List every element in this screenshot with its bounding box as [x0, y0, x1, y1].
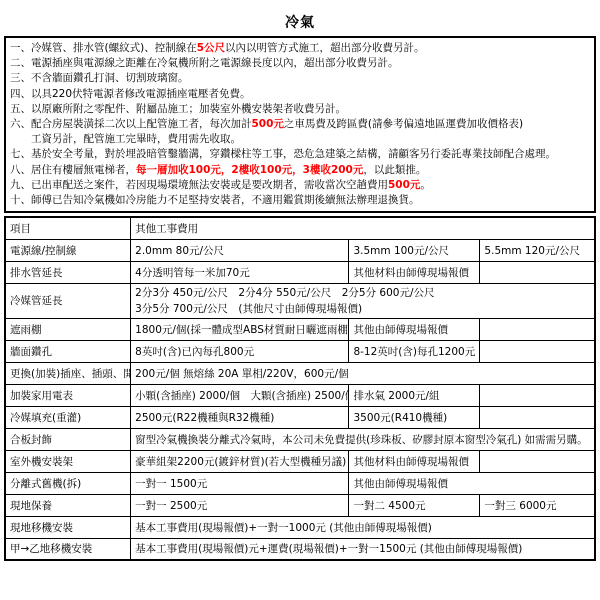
note-highlight: 每一層加收100元，2樓收100元，3樓收200元: [136, 164, 363, 176]
cell-price: 其他材料由師傅現場報價: [349, 450, 480, 472]
cell-price: 排水氣 2000元/組: [349, 384, 480, 406]
note-line-7: 七、基於安全考量，對於埋設暗管鑿牆溝，穿鑽樑柱等工事，恐危急建築之結構，請顧客另…: [10, 147, 590, 162]
note-line-1: 一、冷媒管、排水管(螺紋式)、控制線在5公尺以內以明管方式施工，超出部分收費另計…: [10, 41, 590, 56]
table-row: 分離式舊機(拆) 一對一 1500元 其他由師傅現場報價: [5, 472, 595, 494]
terms-notes-box: 一、冷媒管、排水管(螺紋式)、控制線在5公尺以內以明管方式施工，超出部分收費另計…: [4, 36, 596, 213]
note-line-8: 八、居住有樓層無電梯者，每一層加收100元，2樓收100元，3樓收200元，以此…: [10, 163, 590, 178]
table-row: 室外機安裝架 豪華組架2200元(鍍鋅材質)(若大型機種另議) 其他材料由師傅現…: [5, 450, 595, 472]
note-text: ，以此類推。: [363, 164, 426, 176]
row-label: 冷媒填充(重灌): [5, 406, 131, 428]
cell-empty: [480, 384, 595, 406]
note-highlight: 5公尺: [197, 42, 225, 54]
note-text: 六、配合房屋裝潢採二次以上配管施工者，每次加計: [10, 118, 252, 130]
note-highlight: 500元: [388, 179, 420, 191]
row-label: 分離式舊機(拆): [5, 472, 131, 494]
cell-price: 豪華組架2200元(鍍鋅材質)(若大型機種另議): [131, 450, 349, 472]
cell-price: 5.5mm 120元/公尺: [480, 239, 595, 261]
note-text: 二、電源插座與電源線之距離在冷氣機所附之電源線長度以內，超出部分收費另計。: [10, 57, 399, 69]
note-text: 以內以明管方式施工，超出部分收費另計。: [225, 42, 425, 54]
row-label: 遮雨棚: [5, 318, 131, 340]
row-label: 現地保養: [5, 494, 131, 516]
cell-price-line: 2分3分 450元/公尺 2分4分 550元/公尺 2分5分 600元/公尺: [135, 285, 590, 301]
cell-price: 一對一 2500元: [131, 494, 349, 516]
note-text: 五、以原廠所附之零配件、附屬品施工；加裝室外機安裝架者收費另計。: [10, 103, 346, 115]
cell-price-line: 3分5分 700元/公尺 (其他尺寸由師傅現場報價): [135, 301, 590, 317]
cell-price: 一對一 1500元: [131, 472, 349, 494]
note-line-5: 五、以原廠所附之零配件、附屬品施工；加裝室外機安裝架者收費另計。: [10, 102, 590, 117]
header-other-fees: 其他工事費用: [131, 217, 595, 239]
row-label: 合板封飾: [5, 428, 131, 450]
table-row: 合板封飾 窗型冷氣機換裝分離式冷氣時，本公司未免費提供(珍珠板、矽膠封原本窗型冷…: [5, 428, 595, 450]
note-text: 。: [420, 179, 431, 191]
header-item: 項目: [5, 217, 131, 239]
document-page: 冷氣 一、冷媒管、排水管(螺紋式)、控制線在5公尺以內以明管方式施工，超出部分收…: [0, 0, 600, 563]
note-text: 工資另計，配管施工完畢時，費用需先收取。: [10, 133, 241, 145]
cell-price: 其他由師傅現場報價: [349, 472, 595, 494]
table-row: 牆面鑽孔 8英吋(含)已內每孔800元 8-12英吋(含)每孔1200元: [5, 340, 595, 362]
note-text: 十、師傅已告知冷氣機如冷房能力不足堅持安裝者，不適用鑑賞期後續無法辦理退換貨。: [10, 194, 420, 206]
table-row: 遮雨棚 1800元/個(採一體成型ABS材質耐日曬遮雨棚) 其他由師傅現場報價: [5, 318, 595, 340]
row-label: 室外機安裝架: [5, 450, 131, 472]
table-row: 甲→乙地移機安裝 基本工事費用(現場報價)元+運費(現場報價)+一對一1500元…: [5, 538, 595, 560]
cell-empty: [480, 318, 595, 340]
row-label: 牆面鑽孔: [5, 340, 131, 362]
note-text: 之車馬費及跨區費(請參考偏遠地區運費加收價格表): [284, 118, 523, 130]
cell-price: 8-12英吋(含)每孔1200元: [349, 340, 480, 362]
row-label: 甲→乙地移機安裝: [5, 538, 131, 560]
cell-price: 一對三 6000元: [480, 494, 595, 516]
cell-price: 窗型冷氣機換裝分離式冷氣時，本公司未免費提供(珍珠板、矽膠封原本窗型冷氣孔) 如…: [131, 428, 595, 450]
cell-price: 其他由師傅現場報價: [349, 318, 480, 340]
cell-price: 小顆(含插座) 2000/個 大顆(含插座) 2500/個: [131, 384, 349, 406]
table-row: 冷媒填充(重灌) 2500元(R22機種與R32機種) 3500元(R410機種…: [5, 406, 595, 428]
cell-price: 一對二 4500元: [349, 494, 480, 516]
cell-price: 200元/個 無熔絲 20A 單相/220V，600元/個: [131, 362, 595, 384]
note-line-3: 三、不含牆面鑽孔打洞、切割玻璃窗。: [10, 71, 590, 86]
cell-price: 8英吋(含)已內每孔800元: [131, 340, 349, 362]
table-row: 電源線/控制線 2.0mm 80元/公尺 3.5mm 100元/公尺 5.5mm…: [5, 239, 595, 261]
cell-empty: [480, 261, 595, 283]
note-line-4: 四、以具220伏特電源者修改電源插座電壓者免費。: [10, 87, 590, 102]
cell-price: 3500元(R410機種): [349, 406, 480, 428]
table-row: 加裝家用電表 小顆(含插座) 2000/個 大顆(含插座) 2500/個 排水氣…: [5, 384, 595, 406]
table-row: 冷媒管延長 2分3分 450元/公尺 2分4分 550元/公尺 2分5分 600…: [5, 283, 595, 318]
note-text: 四、以具220伏特電源者修改電源插座電壓者免費。: [10, 88, 251, 100]
note-text: 八、居住有樓層無電梯者，: [10, 164, 136, 176]
note-text: 九、已出車配送之案件，若因現場環境無法安裝或是要改期者，需收當次空趟費用: [10, 179, 388, 191]
cell-empty: [480, 450, 595, 472]
cell-price: 其他材料由師傅現場報價: [349, 261, 480, 283]
cell-price: 基本工事費用(現場報價)+一對一1000元 (其他由師傅現場報價): [131, 516, 595, 538]
table-row: 現地移機安裝 基本工事費用(現場報價)+一對一1000元 (其他由師傅現場報價): [5, 516, 595, 538]
note-text: 三、不含牆面鑽孔打洞、切割玻璃窗。: [10, 72, 189, 84]
table-header-row: 項目 其他工事費用: [5, 217, 595, 239]
cell-price: 3.5mm 100元/公尺: [349, 239, 480, 261]
cell-price: 4分透明管每一米加70元: [131, 261, 349, 283]
note-line-6: 六、配合房屋裝潢採二次以上配管施工者，每次加計500元之車馬費及跨區費(請參考偏…: [10, 117, 590, 132]
cell-price-multiline: 2分3分 450元/公尺 2分4分 550元/公尺 2分5分 600元/公尺 3…: [131, 283, 595, 318]
note-line-9: 九、已出車配送之案件，若因現場環境無法安裝或是要改期者，需收當次空趟費用500元…: [10, 178, 590, 193]
cell-empty: [480, 406, 595, 428]
cell-price: 2.0mm 80元/公尺: [131, 239, 349, 261]
cell-price: 2500元(R22機種與R32機種): [131, 406, 349, 428]
cell-price: 基本工事費用(現場報價)元+運費(現場報價)+一對一1500元 (其他由師傅現場…: [131, 538, 595, 560]
note-line-2: 二、電源插座與電源線之距離在冷氣機所附之電源線長度以內，超出部分收費另計。: [10, 56, 590, 71]
row-label: 現地移機安裝: [5, 516, 131, 538]
note-line-10: 十、師傅已告知冷氣機如冷房能力不足堅持安裝者，不適用鑑賞期後續無法辦理退換貨。: [10, 193, 590, 208]
row-label: 加裝家用電表: [5, 384, 131, 406]
row-label: 排水管延長: [5, 261, 131, 283]
note-text: 七、基於安全考量，對於埋設暗管鑿牆溝，穿鑽樑柱等工事，恐危急建築之結構，請顧客另…: [10, 148, 556, 160]
table-row: 排水管延長 4分透明管每一米加70元 其他材料由師傅現場報價: [5, 261, 595, 283]
table-row: 更換(加裝)插座、插頭、開關 200元/個 無熔絲 20A 單相/220V，60…: [5, 362, 595, 384]
row-label: 電源線/控制線: [5, 239, 131, 261]
cell-empty: [480, 340, 595, 362]
cell-price: 1800元/個(採一體成型ABS材質耐日曬遮雨棚): [131, 318, 349, 340]
row-label: 冷媒管延長: [5, 283, 131, 318]
note-line-6b: 工資另計，配管施工完畢時，費用需先收取。: [10, 132, 590, 147]
row-label: 更換(加裝)插座、插頭、開關: [5, 362, 131, 384]
note-highlight: 500元: [252, 118, 284, 130]
fees-table: 項目 其他工事費用 電源線/控制線 2.0mm 80元/公尺 3.5mm 100…: [4, 216, 596, 561]
page-title: 冷氣: [4, 12, 596, 32]
note-text: 一、冷媒管、排水管(螺紋式)、控制線在: [10, 42, 197, 54]
table-row: 現地保養 一對一 2500元 一對二 4500元 一對三 6000元: [5, 494, 595, 516]
